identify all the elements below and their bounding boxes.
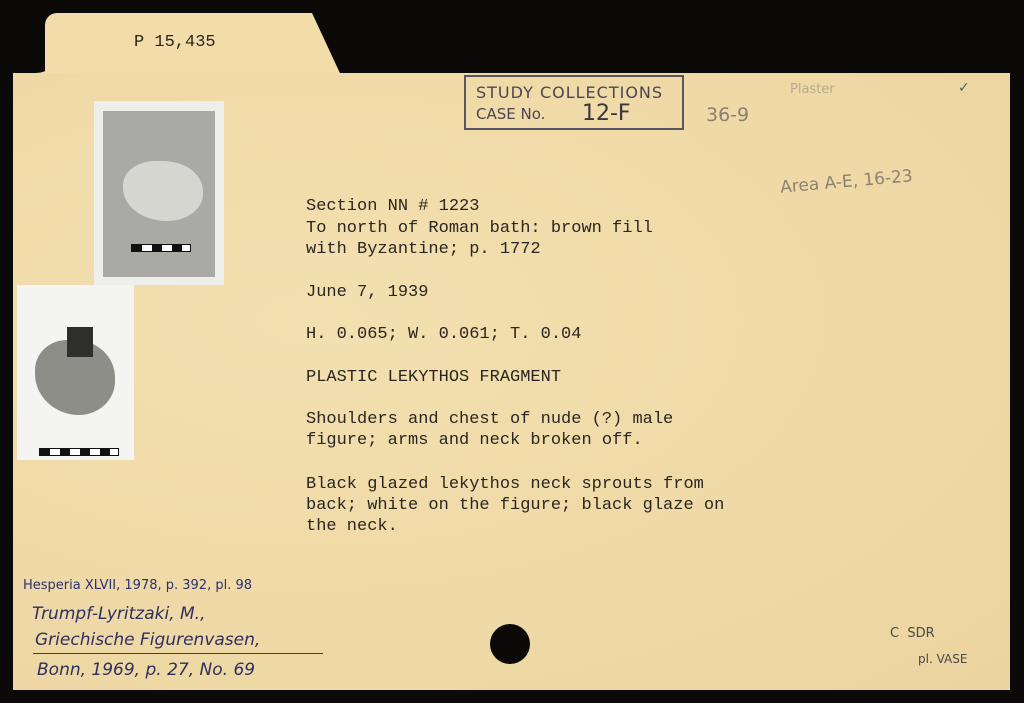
description-line-5: the neck.	[306, 516, 398, 537]
date-line: June 7, 1939	[306, 282, 428, 303]
corner-note-2: pl. VASE	[918, 652, 967, 666]
dimensions-line: H. 0.065; W. 0.061; T. 0.04	[306, 324, 581, 345]
findspot-line-2: with Byzantine; p. 1772	[306, 239, 541, 260]
inventory-number: P 15,435	[134, 32, 216, 53]
description-line-4: back; white on the figure; black glaze o…	[306, 495, 724, 516]
pencil-note-top: 36-9	[706, 104, 749, 126]
bibliography-author: Trumpf-Lyritzaki, M.,	[32, 604, 206, 624]
bibliography-publication: Bonn, 1969, p. 27, No. 69	[37, 660, 255, 680]
photo-back-view	[17, 285, 134, 460]
description-line-3: Black glazed lekythos neck sprouts from	[306, 474, 704, 495]
description-line-1: Shoulders and chest of nude (?) male	[306, 409, 673, 430]
stamp-case-label: CASE No.	[476, 105, 545, 123]
bibliography-title: Griechische Figurenvasen,	[35, 630, 260, 650]
stamp-line1: STUDY COLLECTIONS	[476, 83, 663, 102]
punch-hole	[490, 624, 530, 664]
study-collections-stamp: STUDY COLLECTIONS CASE No. 12-F	[464, 75, 684, 130]
faint-note: Plaster	[790, 82, 835, 97]
corner-note-1: C SDR	[890, 626, 935, 641]
findspot-line-1: To north of Roman bath: brown fill	[306, 218, 653, 239]
stamp-case-value: 12-F	[582, 101, 631, 126]
photo-front-view	[94, 101, 224, 285]
title-underline	[33, 653, 323, 654]
section-line: Section NN # 1223	[306, 196, 479, 217]
object-title: PLASTIC LEKYTHOS FRAGMENT	[306, 367, 561, 388]
bibliography-hesperia: Hesperia XLVII, 1978, p. 392, pl. 98	[23, 578, 252, 593]
check-mark-icon: ✓	[958, 80, 970, 96]
description-line-2: figure; arms and neck broken off.	[306, 430, 643, 451]
